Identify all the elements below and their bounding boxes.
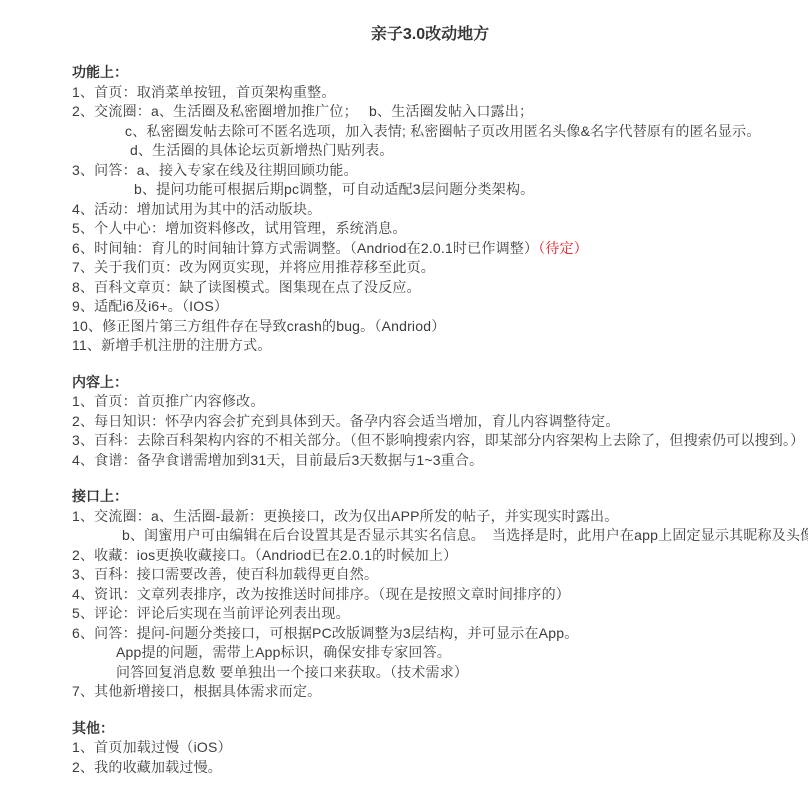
doc-line: 1、首页加载过慢（iOS）	[72, 738, 788, 758]
line-text: 2、收藏：ios更换收藏接口。（Andriod已在2.0.1的时候加上）	[72, 547, 457, 563]
doc-line: 5、评论：评论后实现在当前评论列表出现。	[72, 604, 788, 624]
doc-line: 3、问答：a、接入专家在线及往期回顾功能。	[72, 161, 788, 181]
line-text: 4、活动：增加试用为其中的活动版块。	[72, 201, 321, 217]
line-text: 11、新增手机注册的注册方式。	[72, 337, 272, 353]
section: 其他：1、首页加载过慢（iOS）2、我的收藏加载过慢。	[72, 719, 788, 778]
doc-line: d、生活圈的具体论坛页新增热门贴列表。	[72, 141, 788, 161]
line-text: 1、首页加载过慢（iOS）	[72, 739, 232, 755]
doc-line: 7、关于我们页：改为网页实现，并将应用推荐移至此页。	[72, 258, 788, 278]
section-heading: 功能上：	[72, 63, 788, 83]
doc-line: 1、交流圈：a、生活圈-最新：更换接口，改为仅出APP所发的帖子，并实现实时露出…	[72, 507, 788, 527]
doc-line: 1、首页：首页推广内容修改。	[72, 392, 788, 412]
section: 内容上：1、首页：首页推广内容修改。2、每日知识：怀孕内容会扩充到具体到天。备孕…	[72, 373, 788, 471]
line-text: 7、关于我们页：改为网页实现，并将应用推荐移至此页。	[72, 259, 435, 275]
line-text: 2、我的收藏加载过慢。	[72, 759, 222, 775]
section-heading: 内容上：	[72, 373, 788, 393]
line-text: 2、每日知识：怀孕内容会扩充到具体到天。备孕内容会适当增加，育儿内容调整待定。	[72, 413, 620, 429]
line-text: 3、百科：去除百科架构内容的不相关部分。（但不影响搜索内容，即某部分内容架构上去…	[72, 432, 804, 448]
doc-line: 5、个人中心：增加资料修改，试用管理，系统消息。	[72, 219, 788, 239]
line-text: 4、资讯：文章列表排序，改为按推送时间排序。（现在是按照文章时间排序的）	[72, 586, 570, 602]
line-text: 7、其他新增接口，根据具体需求而定。	[72, 683, 321, 699]
doc-line: 6、时间轴：育儿的时间轴计算方式需调整。（Andriod在2.0.1时已作调整）…	[72, 239, 788, 259]
doc-line: c、私密圈发帖去除可不匿名选项，加入表情; 私密圈帖子页改用匿名头像&名字代替原…	[72, 122, 788, 142]
doc-line: 2、每日知识：怀孕内容会扩充到具体到天。备孕内容会适当增加，育儿内容调整待定。	[72, 412, 788, 432]
page-title: 亲子3.0改动地方	[72, 24, 788, 46]
line-text: 1、首页：首页推广内容修改。	[72, 393, 265, 409]
section-heading: 接口上：	[72, 487, 788, 507]
line-text: 9、适配i6及i6+。（IOS）	[72, 298, 228, 314]
doc-line: b、提问功能可根据后期pc调整，可自动适配3层问题分类架构。	[72, 180, 788, 200]
doc-line: 4、资讯：文章列表排序，改为按推送时间排序。（现在是按照文章时间排序的）	[72, 585, 788, 605]
line-text: 4、食谱：备孕食谱需增加到31天，目前最后3天数据与1~3重合。	[72, 452, 483, 468]
line-text: 1、首页：取消菜单按钮，首页架构重整。	[72, 84, 336, 100]
doc-line: 4、食谱：备孕食谱需增加到31天，目前最后3天数据与1~3重合。	[72, 451, 788, 471]
section: 功能上：1、首页：取消菜单按钮，首页架构重整。2、交流圈：a、生活圈及私密圈增加…	[72, 63, 788, 356]
doc-line: 11、新增手机注册的注册方式。	[72, 336, 788, 356]
section: 接口上：1、交流圈：a、生活圈-最新：更换接口，改为仅出APP所发的帖子，并实现…	[72, 487, 788, 702]
doc-line: 3、百科：去除百科架构内容的不相关部分。（但不影响搜索内容，即某部分内容架构上去…	[72, 431, 788, 451]
doc-line: 问答回复消息数 要单独出一个接口来获取。（技术需求）	[72, 663, 788, 683]
line-text: 问答回复消息数 要单独出一个接口来获取。（技术需求）	[116, 664, 468, 680]
doc-line: 9、适配i6及i6+。（IOS）	[72, 297, 788, 317]
line-text: 10、修正图片第三方组件存在导致crash的bug。（Andriod）	[72, 318, 445, 334]
line-text: d、生活圈的具体论坛页新增热门贴列表。	[130, 142, 394, 158]
doc-line: 3、百科：接口需要改善，使百科加载得更自然。	[72, 565, 788, 585]
line-text: 1、交流圈：a、生活圈-最新：更换接口，改为仅出APP所发的帖子，并实现实时露出…	[72, 508, 618, 524]
doc-line: 7、其他新增接口，根据具体需求而定。	[72, 682, 788, 702]
line-text: 3、问答：a、接入专家在线及往期回顾功能。	[72, 162, 358, 178]
line-text: 5、个人中心：增加资料修改，试用管理，系统消息。	[72, 220, 407, 236]
doc-line: 4、活动：增加试用为其中的活动版块。	[72, 200, 788, 220]
line-text: 8、百科文章页：缺了读图模式。图集现在点了没反应。	[72, 279, 421, 295]
line-text: 6、时间轴：育儿的时间轴计算方式需调整。（Andriod在2.0.1时已作调整）	[72, 240, 538, 256]
page: 亲子3.0改动地方 功能上：1、首页：取消菜单按钮，首页架构重整。2、交流圈：a…	[0, 0, 808, 797]
doc-line: App提的问题，需带上App标识，确保安排专家回答。	[72, 643, 788, 663]
line-text: 5、评论：评论后实现在当前评论列表出现。	[72, 605, 350, 621]
line-text: c、私密圈发帖去除可不匿名选项，加入表情; 私密圈帖子页改用匿名头像&名字代替原…	[125, 123, 761, 139]
line-text: 3、百科：接口需要改善，使百科加载得更自然。	[72, 566, 378, 582]
line-text: b、闺蜜用户可由编辑在后台设置其是否显示其实名信息。 当选择是时，此用户在app…	[122, 527, 808, 543]
section-heading: 其他：	[72, 719, 788, 739]
highlighted-text: （待定）	[538, 240, 588, 256]
doc-line: b、闺蜜用户可由编辑在后台设置其是否显示其实名信息。 当选择是时，此用户在app…	[72, 526, 788, 546]
line-text: b、提问功能可根据后期pc调整，可自动适配3层问题分类架构。	[134, 181, 534, 197]
line-text: App提的问题，需带上App标识，确保安排专家回答。	[116, 644, 451, 660]
doc-line: 10、修正图片第三方组件存在导致crash的bug。（Andriod）	[72, 317, 788, 337]
doc-line: 2、交流圈：a、生活圈及私密圈增加推广位； b、生活圈发帖入口露出；	[72, 102, 788, 122]
doc-line: 2、收藏：ios更换收藏接口。（Andriod已在2.0.1的时候加上）	[72, 546, 788, 566]
line-text: 2、交流圈：a、生活圈及私密圈增加推广位； b、生活圈发帖入口露出；	[72, 103, 533, 119]
sections: 功能上：1、首页：取消菜单按钮，首页架构重整。2、交流圈：a、生活圈及私密圈增加…	[72, 63, 788, 777]
doc-line: 6、问答：提问-问题分类接口，可根据PC改版调整为3层结构，并可显示在App。	[72, 624, 788, 644]
line-text: 6、问答：提问-问题分类接口，可根据PC改版调整为3层结构，并可显示在App。	[72, 625, 578, 641]
doc-line: 2、我的收藏加载过慢。	[72, 758, 788, 778]
doc-line: 1、首页：取消菜单按钮，首页架构重整。	[72, 83, 788, 103]
doc-line: 8、百科文章页：缺了读图模式。图集现在点了没反应。	[72, 278, 788, 298]
